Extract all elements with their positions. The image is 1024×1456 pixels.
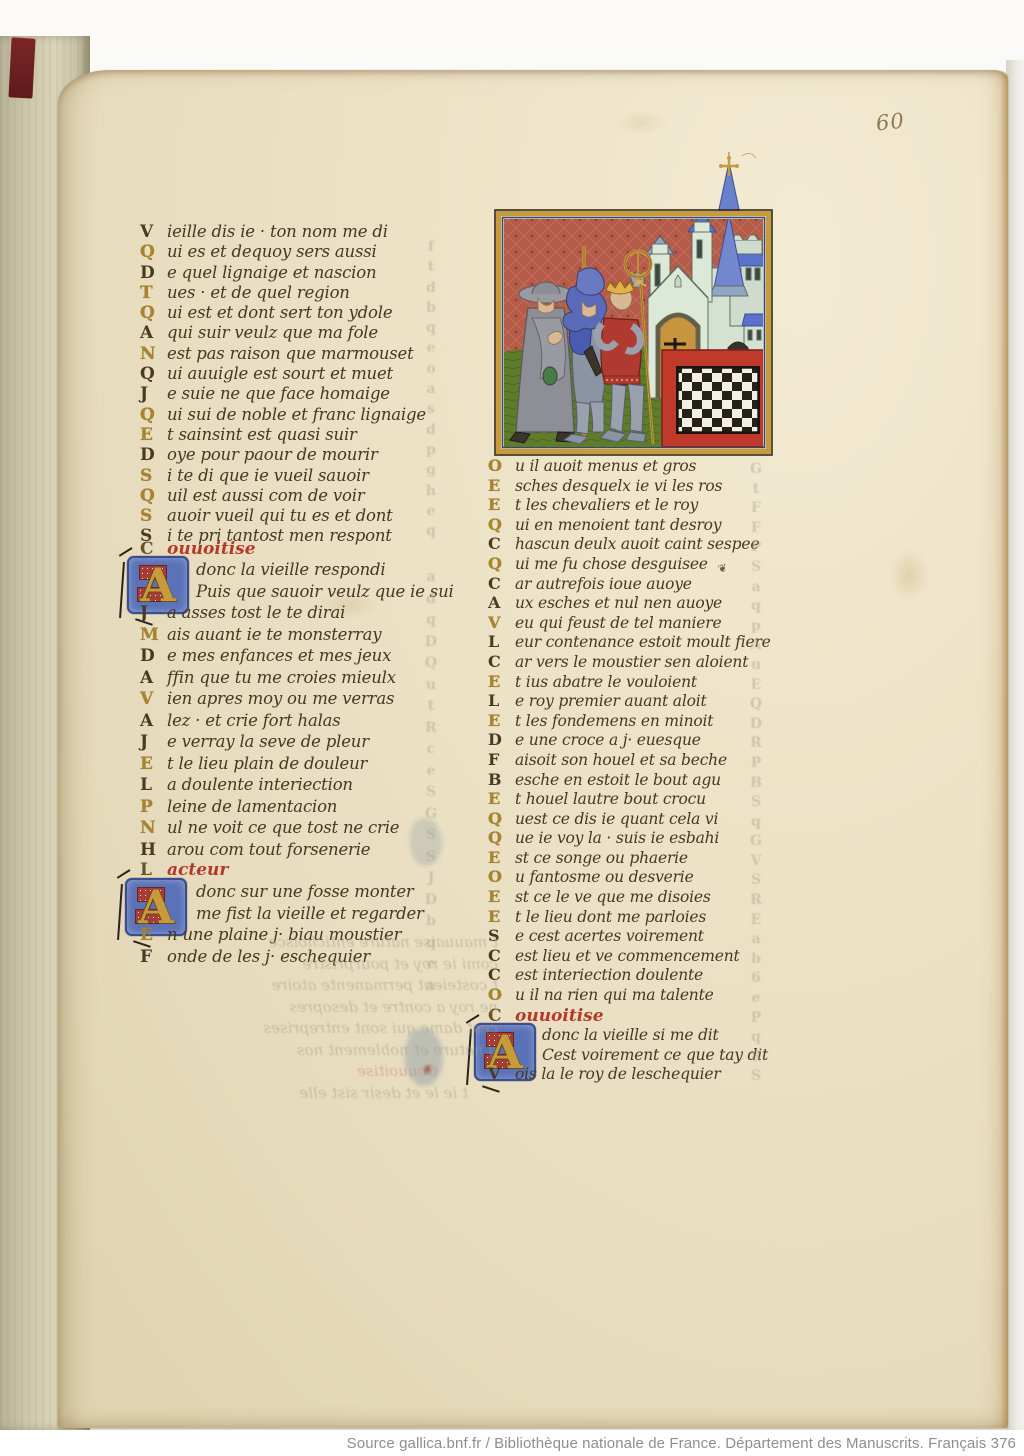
rubric-word: acteur (167, 860, 228, 880)
verse-text: sches desquelx ie vi les ros (515, 477, 722, 495)
verse-initial: E (488, 909, 515, 925)
showthrough-initial-blob (405, 1028, 443, 1086)
verse-text: e roy premier auant aloit (515, 692, 707, 710)
verse-initial: D (140, 265, 167, 282)
verse-initial: H (140, 842, 167, 859)
verse-text: ieille dis ie · ton nom me di (167, 222, 388, 241)
verse-initial: V (488, 615, 515, 631)
verse-text: lez · et crie fort halas (167, 711, 341, 730)
showthrough-letter: R (747, 893, 765, 913)
verse-line: Ou il na rien qui ma talente (488, 987, 771, 1007)
verse-text: i te di que ie vueil sauoir (167, 466, 369, 485)
verse-text: donc sur une fosse monter (196, 882, 414, 901)
verse-line: Quil est aussi com de voir (140, 488, 426, 508)
verse-line: Vieille dis ie · ton nom me di (140, 224, 426, 244)
verse-text: arou com tout forsenerie (167, 840, 370, 859)
showthrough-letter: d (422, 592, 440, 614)
verse-initial: E (488, 850, 515, 866)
verse-initial: E (140, 427, 167, 444)
miniature-illustration (492, 148, 777, 458)
verse-initial: C (488, 536, 515, 552)
verse-line: Je verray la seve de pleur (140, 734, 399, 756)
verse-line: me fist la vieille et regarder (196, 906, 424, 928)
left-column-stanza-1: Vieille dis ie · ton nom me diQui es et … (140, 224, 426, 549)
verse-initial: M (140, 627, 167, 644)
verse-line: Cest lieu et ve commencement (488, 948, 771, 968)
showthrough-letter: A (747, 638, 765, 658)
verse-line: Leur contenance estoit moult fiere (488, 634, 771, 654)
showthrough-letter: p (422, 443, 440, 463)
verse-initial: L (488, 634, 515, 650)
verse-line: Faisoit son houel et sa beche (488, 752, 771, 772)
verse-line: Et les fondemens en minoit (488, 713, 771, 733)
showthrough-letter: V (747, 854, 765, 874)
showthrough-line: t ie le et desir sist elle (150, 1086, 498, 1108)
verse-text: ais auant ie te monsterray (167, 625, 381, 644)
showthrough-letter: D (422, 635, 440, 657)
verse-line: Pleine de lamentacion (140, 799, 399, 821)
showthrough-initials-column: ftdbqeoasdpgheq (422, 240, 440, 544)
verse-text: t les chevaliers et le roy (515, 496, 698, 514)
verse-line: Esches desquelx ie vi les ros (488, 478, 771, 498)
verse-line: donc sur une fosse monter (196, 884, 424, 906)
verse-initial: D (140, 648, 167, 665)
verse-text: ui sui de noble et franc lignaige (167, 405, 426, 424)
verse-initial: P (140, 799, 167, 816)
verse-line: Sauoir vueil qui tu es et dont (140, 508, 426, 528)
showthrough-letter: a (422, 382, 440, 402)
verse-text: ar autrefois ioue auoye (515, 575, 692, 593)
verse-text: u fantosme ou desverie (515, 868, 694, 886)
verse-initial: D (140, 447, 167, 464)
verse-line: Affin que tu me croies mieulx (140, 670, 399, 692)
verse-initial: S (140, 468, 167, 485)
showthrough-letter: Q (747, 697, 765, 717)
verse-text: t le lieu plain de douleur (167, 754, 367, 773)
verse-initial: B (488, 772, 515, 788)
verse-text: u il auoit menus et gros (515, 457, 696, 475)
verse-line: Car autrefois ioue auoye (488, 576, 771, 596)
showthrough-letter: E (747, 678, 765, 698)
verse-initial: E (488, 713, 515, 729)
verse-line: Est ce songe ou phaerie (488, 850, 771, 870)
verse-text: ois la le roy de leschequier (515, 1065, 721, 1083)
verse-text: ffin que tu me croies mieulx (167, 668, 396, 687)
showthrough-letter: P (747, 1011, 765, 1031)
showthrough-letter: q (422, 524, 440, 544)
showthrough-letter: o (422, 362, 440, 382)
verse-initial: Q (140, 488, 167, 505)
showthrough-letter: e (422, 341, 440, 361)
verse-text: e verray la seve de pleur (167, 732, 369, 751)
verse-text: est pas raison que marmouset (167, 344, 414, 363)
verse-initial: N (140, 820, 167, 837)
showthrough-letter: t (422, 260, 440, 280)
verse-initial: J (140, 386, 167, 403)
showthrough-letter: q (422, 321, 440, 341)
showthrough-line: q nature et noblement nos (150, 1043, 498, 1065)
showthrough-letter: d (422, 281, 440, 301)
verse-text: auoir vueil qui tu es et dont (167, 506, 393, 525)
showthrough-letter: S (747, 795, 765, 815)
verse-text: a asses tost le te dirai (167, 603, 345, 622)
showthrough-letter: b (422, 914, 440, 936)
showthrough-rubric: Couuoitise (150, 1064, 498, 1086)
verse-text: ux esches et nul nen auoye (515, 594, 722, 612)
parchment-stain (888, 548, 930, 602)
verse-initial: Q (140, 244, 167, 261)
verse-line: Cest interiection doulente (488, 967, 771, 987)
verse-text: Puis que sauoir veulz que ie sui (196, 582, 454, 601)
showthrough-letter: b (422, 301, 440, 321)
verse-initial: O (488, 869, 515, 885)
rubric-initial: L (140, 862, 167, 879)
verse-initial: Q (488, 830, 515, 846)
verse-initial: E (140, 756, 167, 773)
verse-text: st ce songe ou phaerie (515, 849, 688, 867)
verse-line: Puis que sauoir veulz que ie sui (196, 584, 454, 606)
verse-text: a doulente interiection (167, 775, 353, 794)
verse-text: ui en menoient tant desroy (515, 516, 721, 534)
verse-text: ues · et de quel region (167, 283, 350, 302)
verse-text: me fist la vieille et regarder (196, 904, 424, 923)
showthrough-letter: G (747, 462, 765, 482)
verse-text: aisoit son houel et sa beche (515, 751, 727, 769)
verse-line: Ou fantosme ou desverie (488, 869, 771, 889)
verse-text: donc la vieille si me dit (542, 1026, 719, 1044)
showthrough-letter: S (747, 560, 765, 580)
verse-text: e mes enfances et mes jeux (167, 646, 391, 665)
verse-line: Qui sui de noble et franc lignaige (140, 407, 426, 427)
verse-text: hascun deulx auoit caint sespee (515, 535, 759, 553)
verse-text: esche en estoit le bout agu (515, 771, 721, 789)
showthrough-letter: B (747, 776, 765, 796)
verse-text: ui auuigle est sourt et muet (167, 364, 393, 383)
showthrough-letter: t (747, 482, 765, 502)
rubric-acteur: Lacteur (140, 862, 228, 879)
verse-text: e cest acertes voirement (515, 927, 704, 945)
verse-line: Veu qui feust de tel maniere (488, 615, 771, 635)
verse-text: ui me fu chose desguisee (515, 555, 708, 573)
verse-line: Qui est et dont sert ton ydole (140, 305, 426, 325)
verse-line: Vois la le roy de leschequier (488, 1066, 721, 1086)
verse-text: e suie ne que face homaige (167, 384, 390, 403)
verse-line: Je suie ne que face homaige (140, 386, 426, 406)
verse-initial: L (488, 693, 515, 709)
showthrough-letter: q (422, 613, 440, 635)
showthrough-letter: q (422, 936, 440, 958)
verse-text: donc la vieille respondi (196, 560, 385, 579)
verse-text: uil est aussi com de voir (167, 486, 365, 505)
showthrough-letter: 6 (747, 971, 765, 991)
showthrough-letter: g (422, 463, 440, 483)
left-column-stanza-3-indented: donc sur une fosse monterme fist la viei… (196, 884, 424, 927)
showthrough-letter: e (747, 991, 765, 1011)
verse-line: donc la vieille respondi (196, 562, 454, 584)
red-binding-edge (8, 37, 35, 98)
verse-line: Quest ce dis ie quant cela vi (488, 811, 771, 831)
verse-text: qui suir veulz que ma fole (167, 323, 378, 342)
verse-line: Est ce le ve que me disoies (488, 889, 771, 909)
verse-initial: Q (488, 556, 515, 572)
church-spire-finial (718, 152, 756, 214)
verse-text: est interiection doulente (515, 966, 703, 984)
verse-line: Car vers le moustier sen aloient (488, 654, 771, 674)
verse-line: Nest pas raison que marmouset (140, 346, 426, 366)
verse-initial: L (140, 777, 167, 794)
left-column-stanza-2-indented: donc la vieille respondiPuis que sauoir … (196, 562, 454, 605)
showthrough-letter: q (747, 815, 765, 835)
verse-line: Qui en menoient tant desroy (488, 517, 771, 537)
parchment-stain (614, 110, 668, 136)
verse-line: Et le lieu plain de douleur (140, 756, 399, 778)
verse-line: De mes enfances et mes jeux (140, 648, 399, 670)
verse-text: eu qui feust de tel maniere (515, 614, 721, 632)
verse-initial: Q (488, 811, 515, 827)
showthrough-letter: s (422, 402, 440, 422)
verse-initial: Q (140, 366, 167, 383)
verse-initial: S (140, 508, 167, 525)
showthrough-initials-column: GtFFPSaqpAuEQDRPBSqGVSREab6ePq8S (747, 462, 765, 1089)
verse-line: De une croce a j· euesque (488, 732, 771, 752)
verse-text: st ce le ve que me disoies (515, 888, 711, 906)
showthrough-initials-column: adqDQutRceSGSSJDbqea (422, 570, 440, 1000)
showthrough-letter: q (747, 1030, 765, 1050)
verse-line: Qui es et dequoy sers aussi (140, 244, 426, 264)
verse-text: Cest voirement ce que tay dit (542, 1046, 768, 1064)
showthrough-line: ne roy a contre et desopres (150, 1000, 498, 1022)
verse-text: ar vers le moustier sen aloient (515, 653, 748, 671)
showthrough-letter: G (747, 834, 765, 854)
showthrough-letter: P (747, 756, 765, 776)
verse-initial: D (488, 732, 515, 748)
verse-line: Que ie voy la · suis ie esbahi (488, 830, 771, 850)
showthrough-line: t costeient permanente atoire (150, 978, 498, 1000)
verse-line: Mais auant ie te monsterray (140, 627, 399, 649)
showthrough-letter: e (422, 504, 440, 524)
showthrough-line: comi ie roy et pourpristre (150, 957, 498, 979)
verse-text: ue ie voy la · suis ie esbahi (515, 829, 719, 847)
verse-text: est lieu et ve commencement (515, 947, 740, 965)
showthrough-letter: a (747, 580, 765, 600)
right-column-stanza-1: Ou il auoit menus et grosEsches desquelx… (488, 458, 771, 1007)
showthrough-letter: a (422, 570, 440, 592)
verse-initial: V (140, 691, 167, 708)
verse-line: La doulente interiection (140, 777, 399, 799)
verse-line: Besche en estoit le bout agu (488, 772, 771, 792)
verse-initial: A (140, 670, 167, 687)
showthrough-letter: S (747, 873, 765, 893)
verse-text: t les fondemens en minoit (515, 712, 713, 730)
showthrough-letter: p (747, 619, 765, 639)
verse-line: Aqui suir veulz que ma fole (140, 325, 426, 345)
showthrough-letter: f (422, 240, 440, 260)
verse-line: Et le lieu dont me parloies (488, 909, 771, 929)
showthrough-letter: F (747, 521, 765, 541)
verse-line: Et ius abatre le vouloient (488, 674, 771, 694)
scan-right-edge (1006, 60, 1024, 1430)
verse-text: ui es et dequoy sers aussi (167, 242, 377, 261)
verse-text: e une croce a j· euesque (515, 731, 701, 749)
verse-line: Et houel lautre bout crocu (488, 791, 771, 811)
showthrough-letter: 8 (747, 1050, 765, 1070)
verse-line: Alez · et crie fort halas (140, 713, 399, 735)
showthrough-letter: u (422, 678, 440, 700)
verse-initial: E (488, 889, 515, 905)
verse-line: Tues · et de quel region (140, 285, 426, 305)
manuscript-page: 60 (58, 70, 1008, 1428)
verse-text: t ius abatre le vouloient (515, 673, 697, 691)
verse-initial: A (140, 325, 167, 342)
verse-line: Nul ne voit ce que tost ne crie (140, 820, 399, 842)
verse-text: ul ne voit ce que tost ne crie (167, 818, 399, 837)
showthrough-line: t mauuaise nature entichoisce (150, 935, 498, 957)
showthrough-letter: D (422, 893, 440, 915)
verse-text: t houel lautre bout crocu (515, 790, 706, 808)
showthrough-letter: R (747, 736, 765, 756)
showthrough-letter: t (422, 699, 440, 721)
showthrough-letter: D (747, 717, 765, 737)
verse-line: Ja asses tost le te dirai (140, 605, 399, 627)
showthrough-letter: R (422, 721, 440, 743)
verse-initial: A (140, 713, 167, 730)
verse-initial: C (488, 654, 515, 670)
verse-line: Se cest acertes voirement (488, 928, 771, 948)
chessboard (662, 350, 770, 447)
verse-line: Qui me fu chose desguisee (488, 556, 771, 576)
verse-initial: F (488, 752, 515, 768)
showthrough-letter: b (747, 952, 765, 972)
verse-line: De quel lignaige et nascion (140, 265, 426, 285)
verse-text: ien apres moy ou me verras (167, 689, 394, 708)
showthrough-letter: e (422, 764, 440, 786)
showthrough-letter: u (747, 658, 765, 678)
showthrough-letter: S (747, 1069, 765, 1089)
showthrough-line: cest dame qui sont entreprises (150, 1021, 498, 1043)
showthrough-letter: P (747, 540, 765, 560)
verse-initial: O (488, 458, 515, 474)
showthrough-letter: a (747, 932, 765, 952)
verse-text: oye pour paour de mourir (167, 445, 378, 464)
verse-text: t le lieu dont me parloies (515, 908, 706, 926)
gallica-footer: Source gallica.bnf.fr / Bibliothèque nat… (0, 1430, 1024, 1456)
showthrough-letter: c (422, 742, 440, 764)
showthrough-letter: J (422, 871, 440, 893)
verse-initial: C (488, 576, 515, 592)
showthrough-letter: d (422, 423, 440, 443)
showthrough-letter: e (422, 957, 440, 979)
showthrough-letter: Q (422, 656, 440, 678)
right-column-stanza-2-indented: donc la vieille si me ditCest voirement … (542, 1028, 768, 1067)
verse-initial: J (140, 605, 167, 622)
verse-initial: A (488, 595, 515, 611)
verse-initial: E (488, 674, 515, 690)
verse-initial: Q (488, 517, 515, 533)
showthrough-letter: h (422, 484, 440, 504)
verse-initial: E (488, 497, 515, 513)
verse-text: u il na rien qui ma talente (515, 986, 714, 1004)
verse-initial: T (140, 285, 167, 302)
showthrough-letter: S (422, 785, 440, 807)
showthrough-text-block: t mauuaise nature entichoiscecomi ie roy… (150, 935, 498, 1107)
showthrough-letter: q (747, 599, 765, 619)
showthrough-letter: a (422, 979, 440, 1001)
verse-initial: J (140, 734, 167, 751)
verse-line: Et sainsint est quasi suir (140, 427, 426, 447)
verse-text: leine de lamentacion (167, 797, 337, 816)
verse-initial: E (488, 478, 515, 494)
showthrough-letter: E (747, 913, 765, 933)
verse-initial: V (140, 224, 167, 241)
verse-text: ui est et dont sert ton ydole (167, 303, 392, 322)
verse-initial: E (488, 791, 515, 807)
verse-initial: N (140, 346, 167, 363)
verse-line: Doye pour paour de mourir (140, 447, 426, 467)
verse-line: Qui auuigle est sourt et muet (140, 366, 426, 386)
showthrough-initial-blob (410, 818, 442, 866)
verse-text: t sainsint est quasi suir (167, 425, 357, 444)
showthrough-letter: F (747, 501, 765, 521)
verse-line: Et les chevaliers et le roy (488, 497, 771, 517)
verse-line: Le roy premier auant aloit (488, 693, 771, 713)
verse-initial: Q (140, 305, 167, 322)
verse-text: e quel lignaige et nascion (167, 263, 376, 282)
verse-initial: Q (140, 407, 167, 424)
footer-source-text: Source gallica.bnf.fr / Bibliothèque nat… (347, 1435, 1016, 1452)
verse-line: Vien apres moy ou me verras (140, 691, 399, 713)
verse-line: Ou il auoit menus et gros (488, 458, 771, 478)
verse-text: eur contenance estoit moult fiere (515, 633, 771, 651)
verse-text: uest ce dis ie quant cela vi (515, 810, 718, 828)
left-column-stanza-2: Ja asses tost le te diraiMais auant ie t… (140, 605, 399, 863)
verse-line: Si te di que ie vueil sauoir (140, 468, 426, 488)
folio-number: 60 (875, 109, 906, 136)
right-column-stanza-2: Vois la le roy de leschequier (488, 1066, 721, 1086)
verse-line: Chascun deulx auoit caint sespee (488, 536, 771, 556)
verse-line: Aux esches et nul nen auoye (488, 595, 771, 615)
